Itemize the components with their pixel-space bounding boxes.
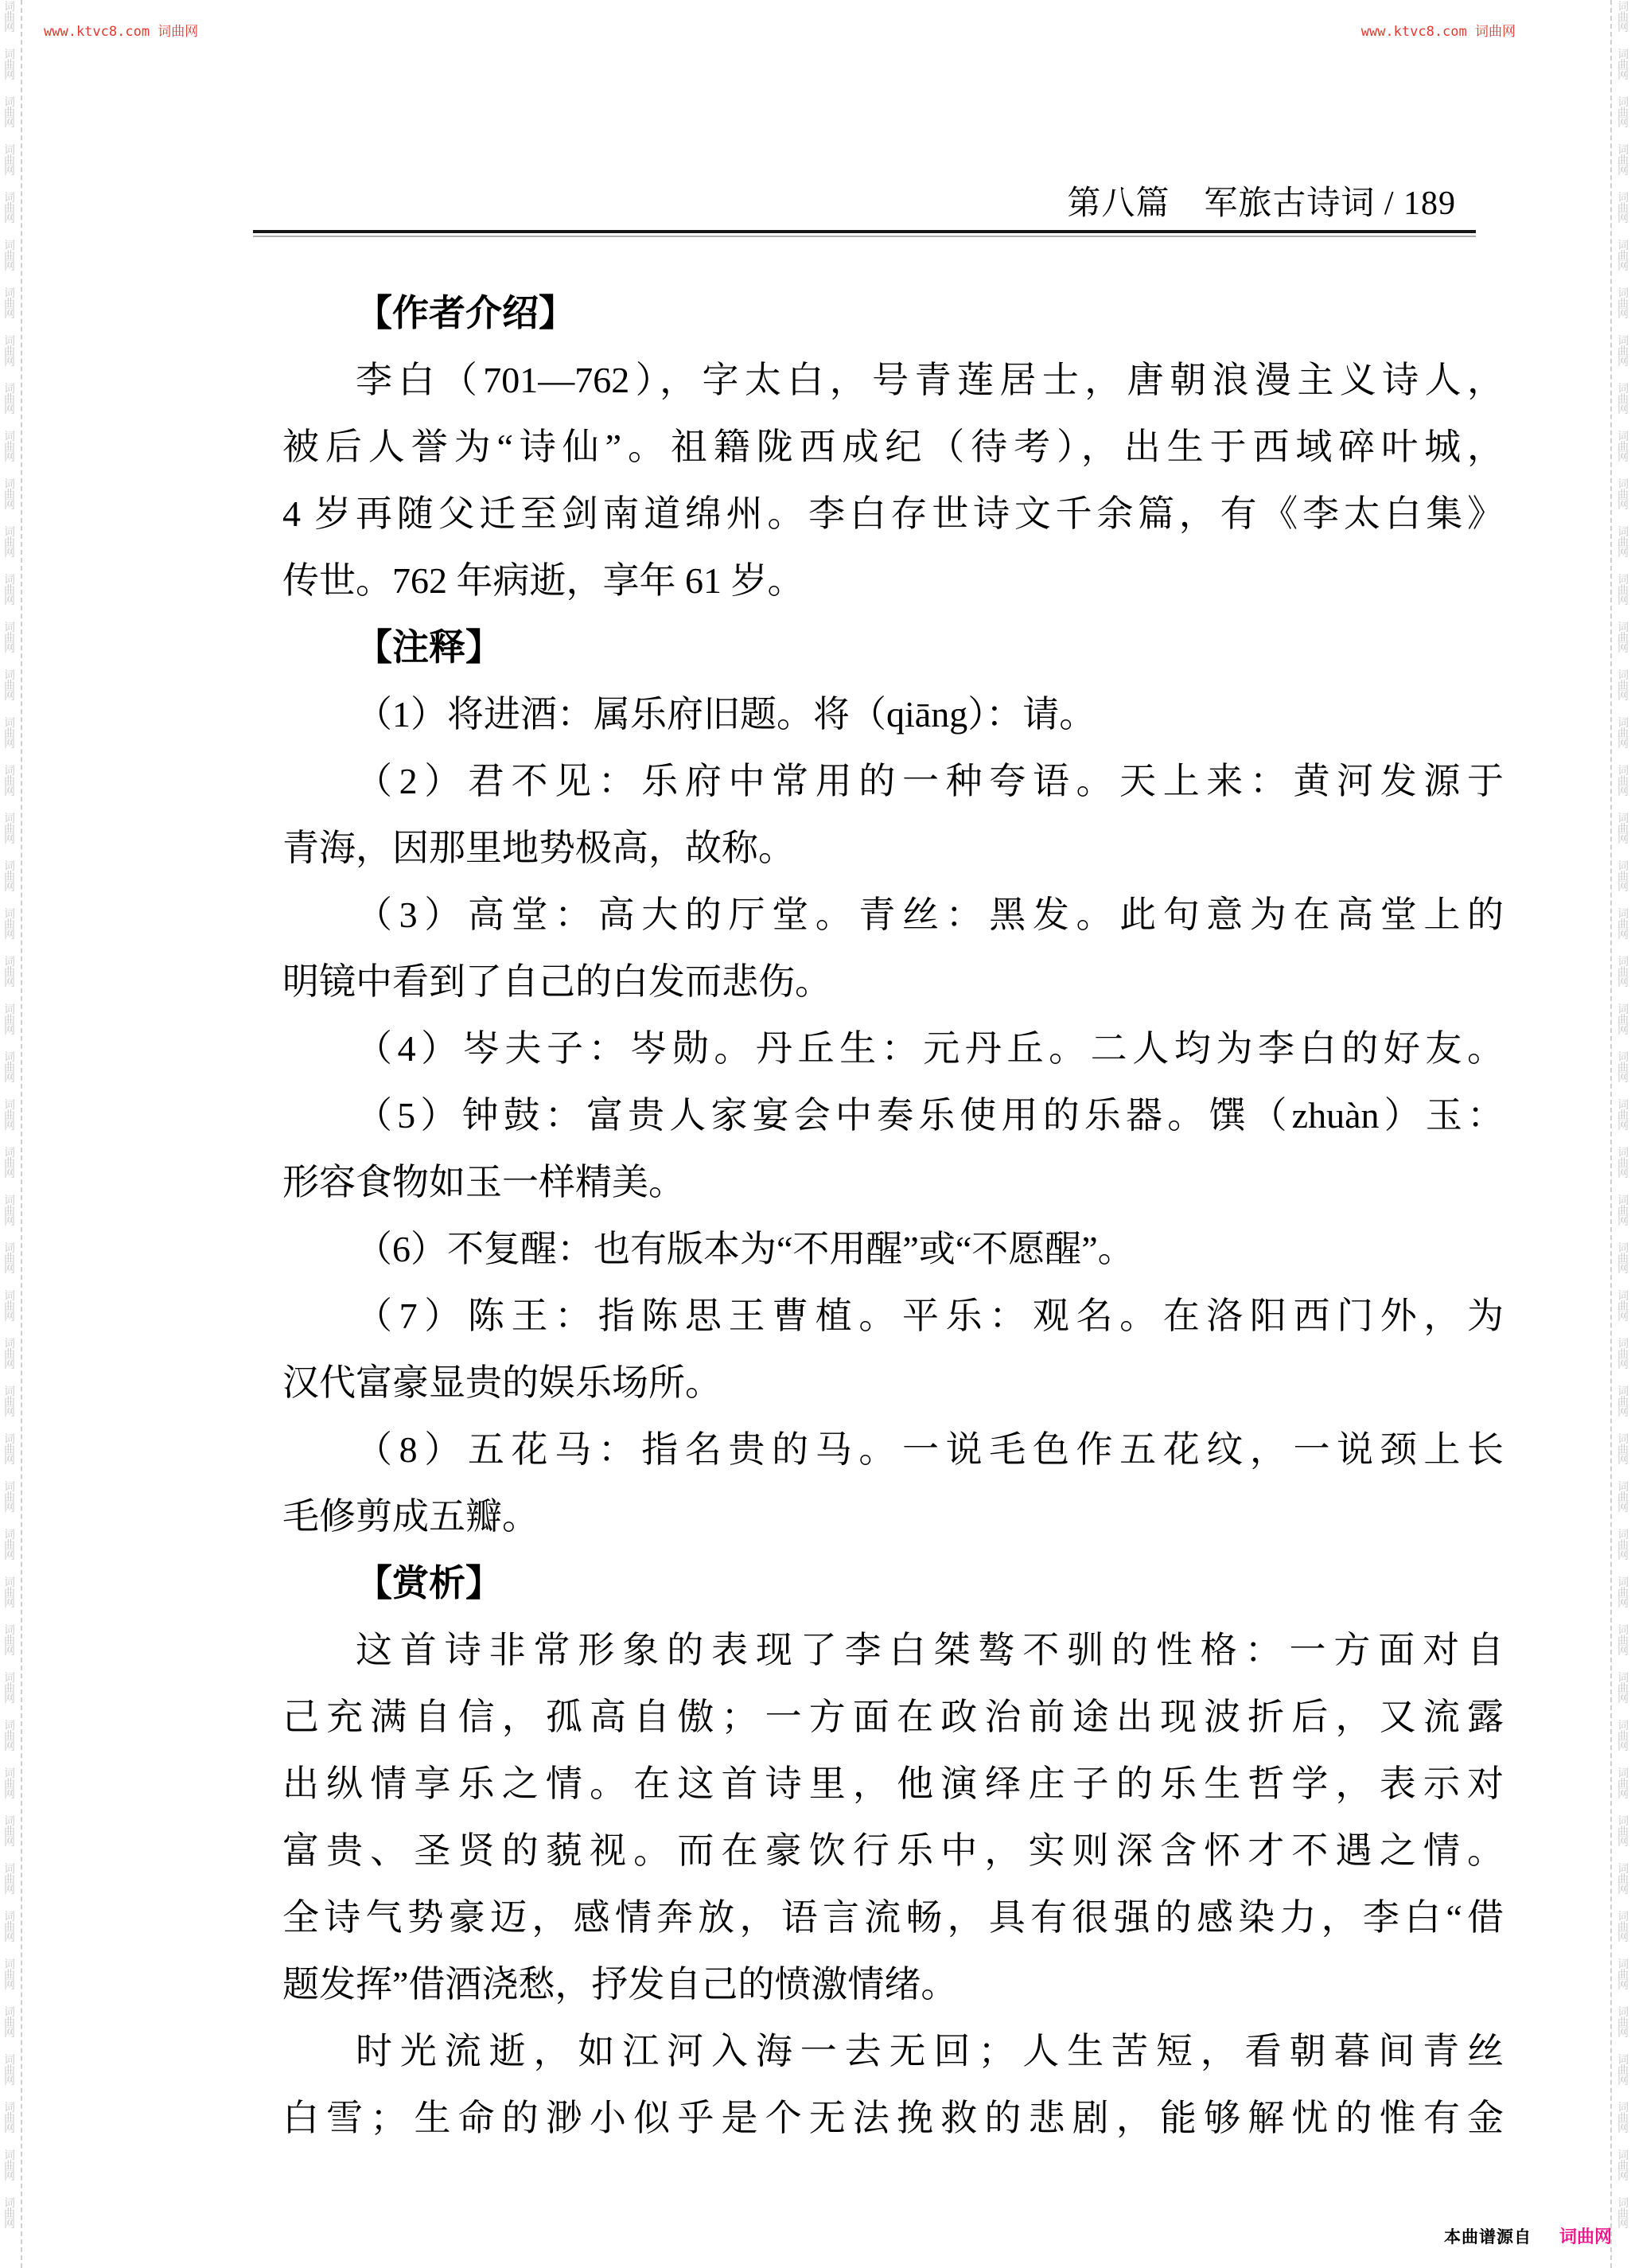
side-watermark-text: 词曲网 — [1617, 337, 1629, 368]
text-line: 毛修剪成五瓣。 — [282, 1483, 1504, 1550]
side-watermark-text: 词曲网 — [4, 480, 15, 511]
side-watermark-text: 词曲网 — [4, 1148, 15, 1179]
side-watermark-text: 词曲网 — [4, 432, 15, 463]
side-watermark-text: 词曲网 — [4, 957, 15, 988]
text-line: 明镜中看到了自己的白发而悲伤。 — [282, 949, 1504, 1015]
text-line: 被后人誉为“诗仙”。祖籍陇西成纪（待考），出生于西域碎叶城， — [282, 414, 1504, 481]
text-line: （2）君不见：乐府中常用的一种夸语。天上来：黄河发源于 — [282, 748, 1504, 815]
side-watermark-text: 词曲网 — [1617, 1483, 1629, 1514]
side-watermark-text: 词曲网 — [1617, 2199, 1629, 2230]
header-rule — [253, 230, 1476, 233]
side-watermark-text: 词曲网 — [1617, 1960, 1629, 1991]
side-watermark-text: 词曲网 — [4, 98, 15, 129]
side-watermark-text: 词曲网 — [1617, 1817, 1629, 1848]
footer-source-label: 本曲谱源自 — [1444, 2228, 1532, 2247]
side-watermark-text: 词曲网 — [4, 2151, 15, 2182]
side-watermark-text: 词曲网 — [1617, 1674, 1629, 1705]
side-watermark-text: 词曲网 — [4, 862, 15, 893]
side-watermark-text: 词曲网 — [4, 1435, 15, 1466]
text-line: （5）钟鼓：富贵人家宴会中奏乐使用的乐器。馔（zhuàn）玉： — [282, 1082, 1504, 1149]
side-watermark-text: 词曲网 — [4, 528, 15, 559]
side-watermark-text: 词曲网 — [4, 1005, 15, 1036]
side-watermark-text: 词曲网 — [4, 2056, 15, 2087]
text-line: （1）将进酒：属乐府旧题。将（qiāng）：请。 — [282, 681, 1504, 748]
side-watermark-text: 词曲网 — [1617, 1865, 1629, 1896]
side-watermark-text: 词曲网 — [1617, 98, 1629, 129]
text-line: 传世。762 年病逝，享年 61 岁。 — [282, 548, 1504, 614]
side-watermark-text: 词曲网 — [1617, 1292, 1629, 1323]
text-line: 出纵情享乐之情。在这首诗里，他演绎庄子的乐生哲学，表示对 — [282, 1751, 1504, 1818]
side-watermark-text: 词曲网 — [4, 1244, 15, 1275]
side-watermark-text: 词曲网 — [1617, 50, 1629, 81]
side-watermark-text: 词曲网 — [1617, 1005, 1629, 1036]
side-watermark-text: 词曲网 — [4, 1339, 15, 1370]
side-watermark-text: 词曲网 — [1617, 1912, 1629, 1943]
right-watermark-rail: 词曲网词曲网词曲网词曲网词曲网词曲网词曲网词曲网词曲网词曲网词曲网词曲网词曲网词… — [1617, 2, 1629, 2230]
side-watermark-text: 词曲网 — [1617, 575, 1629, 606]
side-watermark-text: 词曲网 — [4, 241, 15, 272]
side-watermark-text: 词曲网 — [1617, 1148, 1629, 1179]
side-watermark-text: 词曲网 — [4, 1053, 15, 1084]
running-head: 第八篇 军旅古诗词 / 189 — [253, 185, 1456, 222]
side-watermark-text: 词曲网 — [1617, 623, 1629, 654]
side-watermark-text: 词曲网 — [1617, 2103, 1629, 2134]
side-watermark-text: 词曲网 — [4, 146, 15, 177]
side-watermark-text: 词曲网 — [4, 1196, 15, 1227]
side-watermark-text: 词曲网 — [4, 1578, 15, 1609]
text-line: 时光流逝，如江河入海一去无回；人生苦短，看朝暮间青丝 — [282, 2018, 1504, 2085]
text-line: 【赏析】 — [282, 1550, 1504, 1617]
side-watermark-text: 词曲网 — [1617, 1435, 1629, 1466]
side-watermark-text: 词曲网 — [1617, 1053, 1629, 1084]
side-watermark-text: 词曲网 — [4, 1483, 15, 1514]
text-line: 全诗气势豪迈，感情奔放，语言流畅，具有很强的感染力，李白“借 — [282, 1884, 1504, 1951]
text-line: （4）岑夫子：岑勋。丹丘生：元丹丘。二人均为李白的好友。 — [282, 1015, 1504, 1082]
side-watermark-text: 词曲网 — [1617, 384, 1629, 415]
side-watermark-text: 词曲网 — [1617, 2151, 1629, 2182]
text-line: 4 岁再随父迁至剑南道绵州。李白存世诗文千余篇，有《李太白集》 — [282, 481, 1504, 548]
side-watermark-text: 词曲网 — [1617, 1626, 1629, 1657]
text-line: 李白（701—762），字太白，号青莲居士，唐朝浪漫主义诗人， — [282, 347, 1504, 414]
side-watermark-text: 词曲网 — [1617, 1387, 1629, 1418]
side-watermark-text: 词曲网 — [1617, 480, 1629, 511]
side-watermark-text: 词曲网 — [4, 814, 15, 845]
text-line: （8）五花马：指名贵的马。一说毛色作五花纹，一说颈上长 — [282, 1417, 1504, 1483]
text-line: 汉代富豪显贵的娱乐场所。 — [282, 1350, 1504, 1417]
side-watermark-text: 词曲网 — [4, 289, 15, 320]
text-line: 这首诗非常形象的表现了李白桀骜不驯的性格：一方面对自 — [282, 1617, 1504, 1684]
text-line: 【注释】 — [282, 614, 1504, 681]
side-watermark-text: 词曲网 — [4, 50, 15, 81]
side-watermark-text: 词曲网 — [1617, 862, 1629, 893]
side-watermark-text: 词曲网 — [4, 2, 15, 33]
side-watermark-text: 词曲网 — [1617, 671, 1629, 702]
side-watermark-text: 词曲网 — [1617, 766, 1629, 797]
side-watermark-text: 词曲网 — [4, 719, 15, 750]
side-watermark-text: 词曲网 — [1617, 1721, 1629, 1752]
right-dashed-rule — [1610, 0, 1612, 2268]
side-watermark-text: 词曲网 — [4, 1769, 15, 1800]
side-watermark-text: 词曲网 — [4, 1387, 15, 1418]
text-line: 【作者介绍】 — [282, 280, 1504, 347]
side-watermark-text: 词曲网 — [4, 1912, 15, 1943]
watermark-top-left: www.ktvc8.com 词曲网 — [44, 20, 198, 40]
side-watermark-text: 词曲网 — [4, 384, 15, 415]
left-dashed-rule — [21, 0, 22, 2268]
side-watermark-text: 词曲网 — [1617, 957, 1629, 988]
side-watermark-text: 词曲网 — [1617, 146, 1629, 177]
side-watermark-text: 词曲网 — [4, 1674, 15, 1705]
side-watermark-text: 词曲网 — [1617, 1769, 1629, 1800]
footer-brand-label: 词曲网 — [1559, 2227, 1612, 2247]
text-line: 富贵、圣贤的藐视。而在豪饮行乐中，实则深含怀才不遇之情。 — [282, 1818, 1504, 1884]
side-watermark-text: 词曲网 — [4, 623, 15, 654]
text-line: 形容食物如玉一样精美。 — [282, 1149, 1504, 1216]
side-watermark-text: 词曲网 — [4, 910, 15, 941]
side-watermark-text: 词曲网 — [4, 1817, 15, 1848]
text-line: 己充满自信，孤高自傲；一方面在政治前途出现波折后，又流露 — [282, 1684, 1504, 1751]
side-watermark-text: 词曲网 — [4, 1292, 15, 1323]
side-watermark-text: 词曲网 — [1617, 193, 1629, 224]
side-watermark-text: 词曲网 — [1617, 814, 1629, 845]
side-watermark-text: 词曲网 — [4, 1101, 15, 1132]
side-watermark-text: 词曲网 — [4, 337, 15, 368]
side-watermark-text: 词曲网 — [1617, 2, 1629, 33]
text-line: （7）陈王：指陈思王曹植。平乐：观名。在洛阳西门外，为 — [282, 1283, 1504, 1350]
side-watermark-text: 词曲网 — [1617, 2008, 1629, 2039]
side-watermark-text: 词曲网 — [4, 193, 15, 224]
side-watermark-text: 词曲网 — [4, 2199, 15, 2230]
side-watermark-text: 词曲网 — [4, 1960, 15, 1991]
side-watermark-text: 词曲网 — [1617, 1196, 1629, 1227]
side-watermark-text: 词曲网 — [1617, 1578, 1629, 1609]
side-watermark-text: 词曲网 — [1617, 289, 1629, 320]
text-line: 白雪；生命的渺小似乎是个无法挽救的悲剧，能够解忧的惟有金 — [282, 2085, 1504, 2152]
side-watermark-text: 词曲网 — [1617, 1244, 1629, 1275]
side-watermark-text: 词曲网 — [1617, 2056, 1629, 2087]
side-watermark-text: 词曲网 — [1617, 910, 1629, 941]
side-watermark-text: 词曲网 — [1617, 241, 1629, 272]
side-watermark-text: 词曲网 — [4, 1865, 15, 1896]
text-line: 青海，因那里地势极高，故称。 — [282, 815, 1504, 882]
body-lines: 【作者介绍】李白（701—762），字太白，号青莲居士，唐朝浪漫主义诗人，被后人… — [282, 280, 1504, 2152]
side-watermark-text: 词曲网 — [4, 1530, 15, 1561]
header-rule-shadow — [253, 236, 1476, 237]
side-watermark-text: 词曲网 — [1617, 1530, 1629, 1561]
text-line: （3）高堂：高大的厅堂。青丝：黑发。此句意为在高堂上的 — [282, 882, 1504, 949]
watermark-top-right: www.ktvc8.com 词曲网 — [1361, 20, 1516, 40]
side-watermark-text: 词曲网 — [4, 1626, 15, 1657]
side-watermark-text: 词曲网 — [4, 1721, 15, 1752]
side-watermark-text: 词曲网 — [1617, 432, 1629, 463]
book-page: 词曲网词曲网词曲网词曲网词曲网词曲网词曲网词曲网词曲网词曲网词曲网词曲网词曲网词… — [0, 0, 1631, 2268]
side-watermark-text: 词曲网 — [4, 671, 15, 702]
side-watermark-text: 词曲网 — [4, 2008, 15, 2039]
left-watermark-rail: 词曲网词曲网词曲网词曲网词曲网词曲网词曲网词曲网词曲网词曲网词曲网词曲网词曲网词… — [4, 2, 15, 2230]
text-line: （6）不复醒：也有版本为“不用醒”或“不愿醒”。 — [282, 1216, 1504, 1283]
side-watermark-text: 词曲网 — [4, 766, 15, 797]
text-line: 题发挥”借酒浇愁，抒发自己的愤激情绪。 — [282, 1951, 1504, 2018]
side-watermark-text: 词曲网 — [1617, 528, 1629, 559]
side-watermark-text: 词曲网 — [1617, 719, 1629, 750]
side-watermark-text: 词曲网 — [1617, 1339, 1629, 1370]
side-watermark-text: 词曲网 — [4, 2103, 15, 2134]
side-watermark-text: 词曲网 — [4, 575, 15, 606]
side-watermark-text: 词曲网 — [1617, 1101, 1629, 1132]
